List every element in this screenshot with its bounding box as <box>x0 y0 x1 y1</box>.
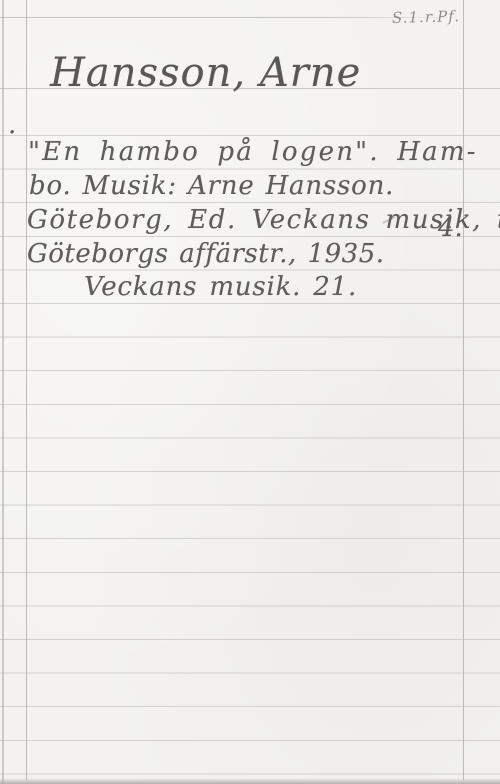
heading-author-name: Hansson, Arne <box>50 53 361 93</box>
body-line-title: "En hambo på logen". Ham- <box>28 139 478 165</box>
body-line-series: Veckans musik. 21. <box>84 274 357 300</box>
catalog-card: S.1.r.Pf. Hansson, Arne . "En hambo på l… <box>0 0 500 784</box>
classification-mark: S.1.r.Pf. <box>392 9 460 26</box>
left-margin-line <box>26 0 27 780</box>
body-line-printer-year: Göteborgs affärstr., 1935. <box>27 241 385 267</box>
right-margin-line <box>463 0 464 780</box>
body-line-publisher: Göteborg, Ed. Veckans musik, tr <box>27 207 500 233</box>
stray-dot-mark: . <box>8 112 16 138</box>
card-left-edge <box>2 0 4 784</box>
page-number-mark: 4. <box>438 215 463 241</box>
body-line-composer: bo. Musik: Arne Hansson. <box>29 173 394 199</box>
card-bottom-edge <box>0 778 500 784</box>
